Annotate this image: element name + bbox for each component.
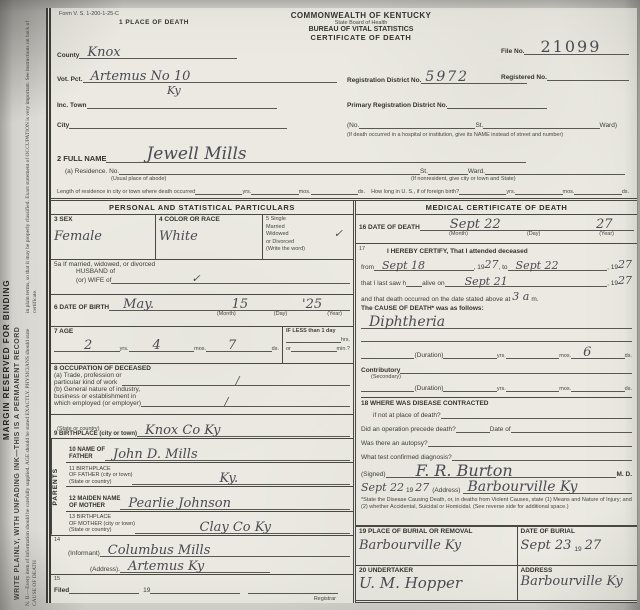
- dob-year-value: '25: [302, 297, 322, 312]
- color-race-cell: 4 COLOR OR RACE White: [156, 215, 263, 259]
- signed-year-value: 27: [415, 481, 429, 494]
- medical-column: MEDICAL CERTIFICATE OF DEATH 16 DATE OF …: [356, 201, 637, 603]
- last-year-value: 27: [618, 274, 632, 287]
- contributory-line: [400, 365, 632, 374]
- birthplace-line: Knox Co Ky: [137, 423, 350, 437]
- file-no-line: 21099: [524, 42, 629, 55]
- vot-pct-label: Vot. Pct.: [57, 76, 83, 83]
- age-ds-label: ds.: [272, 346, 279, 352]
- registration-district-line: 5972: [421, 70, 527, 84]
- father-birthplace-row: 11 BIRTHPLACE OF FATHER (city or town) (…: [66, 463, 353, 487]
- signed-line: F. R. Burton: [386, 465, 617, 478]
- mother-name-label: 12 MAIDEN NAME OF MOTHER: [69, 496, 120, 510]
- father-birthplace-line: Ky.: [132, 471, 350, 485]
- filed-row: 15 Filed 19 Registrar: [51, 575, 353, 603]
- color-race-label: 4 COLOR OR RACE: [159, 216, 259, 223]
- length-residence-label: Length of residence in city or town wher…: [57, 189, 195, 195]
- age-cell: 7 AGE 2 yrs. 4 mos. 7: [51, 327, 283, 363]
- filed-19-label: 19: [143, 587, 150, 594]
- city-line: [69, 120, 287, 129]
- foreign-yrs-label: yrs.: [506, 189, 515, 195]
- cause-label: The CAUSE OF DEATH* was as follows:: [361, 305, 632, 312]
- foreign-ds-line: [574, 186, 621, 195]
- parents-label: PARENTS: [51, 439, 66, 535]
- operation-date-line: [511, 424, 632, 433]
- duration2-mos-label: mos.: [559, 386, 571, 392]
- dod-value: Sept 22: [450, 217, 501, 232]
- certify-number: 17: [359, 246, 365, 252]
- duration2-label: (Duration): [414, 385, 443, 392]
- full-name-row: 2 FULL NAME Jewell Mills: [57, 144, 617, 163]
- burial-row: 19 PLACE OF BURIAL OR REMOVAL Barbourvil…: [356, 525, 637, 566]
- husband-of-label: HUSBAND of: [76, 268, 350, 275]
- sex-color-marital-row: 3 SEX Female 4 COLOR OR RACE White 5 Sin…: [51, 215, 353, 260]
- father-name-value: John D. Mills: [113, 447, 198, 462]
- sex-cell: 3 SEX Female: [51, 215, 156, 259]
- occupation-a-value: /: [236, 374, 240, 387]
- duration-row-1: (Duration) yrs. mos. 6 ds.: [361, 350, 632, 359]
- nonresident-note: (If nonresident, give city or town and S…: [411, 176, 516, 182]
- burial-place-value: Barbourville Ky: [359, 538, 514, 553]
- filed-label: Filed: [54, 587, 69, 594]
- margin-note-line2: in plain terms, so that it may be proper…: [25, 20, 39, 313]
- vot-pct-line: Artemus No 10: [83, 68, 337, 83]
- alive-label: alive on: [422, 280, 444, 287]
- age-mos-label: mos.: [194, 346, 206, 352]
- st-line: [483, 120, 599, 129]
- cause-line: Diphtheria: [361, 312, 632, 329]
- age-label: 7 AGE: [54, 328, 279, 335]
- cause-value: Diphtheria: [369, 314, 445, 330]
- age-ds-line: 7: [206, 337, 272, 352]
- dob-month-value: May.: [123, 297, 154, 312]
- informant-line: Columbus Mills: [100, 542, 350, 557]
- from-value: Sept 18: [382, 259, 425, 272]
- age-yrs-label: yrs.: [120, 346, 129, 352]
- primary-registration-line: [447, 100, 547, 109]
- father-name-label: 10 NAME OF FATHER: [69, 447, 105, 461]
- no-label: (No.: [347, 122, 359, 129]
- burial-year-value: 27: [585, 538, 602, 553]
- dob-label: 6 DATE OF BIRTH: [54, 304, 109, 311]
- parents-block: PARENTS 10 NAME OF FATHER John D. Mills …: [51, 439, 353, 536]
- city-detail-row: (No. St. Ward): [347, 120, 617, 129]
- marital-value: ✓: [334, 227, 343, 240]
- residence-no-line: [119, 166, 420, 175]
- vot-pct-value: Artemus No 10: [91, 69, 191, 84]
- duration2-lead-line: [361, 383, 414, 392]
- certificate-title: CERTIFICATE OF DEATH: [246, 33, 476, 42]
- occupation-row: 8 OCCUPATION OF DECEASED (a) Trade, prof…: [51, 364, 353, 415]
- ward-label: Ward): [600, 122, 617, 129]
- contributory-label: Contributory: [361, 367, 400, 374]
- autopsy-label: Was there an autopsy?: [361, 440, 428, 447]
- death-certificate-scan: MARGIN RESERVED FOR BINDING WRITE PLAINL…: [0, 0, 640, 610]
- husband-wife-row: 5a If married, widowed, or divorced HUSB…: [51, 260, 353, 295]
- dob-year-line: '25: [294, 296, 350, 311]
- date-of-death-row: 16 DATE OF DEATH Sept 22 27 (Month) (Day…: [356, 215, 637, 244]
- from-line: Sept 18: [374, 262, 474, 271]
- signed-value: F. R. Burton: [416, 461, 513, 480]
- burial-place-cell: 19 PLACE OF BURIAL OR REMOVAL Barbourvil…: [356, 527, 518, 565]
- to-value: Sept 22: [516, 259, 559, 272]
- signed-address-label: (Address): [432, 487, 460, 494]
- husband-intro-label: 5a If married, widowed, or divorced: [54, 261, 350, 268]
- primary-registration-label: Primary Registration District No.: [347, 102, 447, 109]
- dob-day-value: 15: [232, 297, 249, 312]
- full-name-label: 2 FULL NAME: [57, 154, 106, 163]
- dod-line: Sept 22: [420, 216, 588, 231]
- registration-district-row: Registration District No. 5972: [347, 70, 527, 84]
- duration2-yrs-line: [443, 383, 496, 392]
- mother-name-value: Pearlie Johnson: [128, 496, 231, 511]
- md-label: M. D.: [616, 471, 632, 478]
- if-less-min-label: min.?: [337, 346, 350, 352]
- foreign-mos-line: [515, 186, 562, 195]
- burial-19-label: 19: [574, 546, 581, 553]
- abode-note: (Usual place of abode): [111, 176, 166, 182]
- undertaker-address-value: Barbourville Ky: [521, 574, 634, 589]
- undertaker-cell: 20 UNDERTAKER U. M. Hopper: [356, 566, 518, 600]
- place-of-death-title: 1 PLACE OF DEATH: [119, 19, 189, 26]
- duration2-yrs-label: yrs.: [497, 386, 506, 392]
- where-contracted-line: [441, 410, 632, 419]
- informant-address-label: (Address).: [90, 566, 120, 573]
- age-row: 7 AGE 2 yrs. 4 mos. 7: [51, 327, 353, 364]
- death-hour-row: and that death occurred on the date stat…: [361, 290, 632, 303]
- residence-ward-line: [485, 166, 625, 175]
- informant-address-line: Artemus Ky: [120, 559, 270, 573]
- birthplace-label: 9 BIRTHPLACE (city or town): [54, 431, 137, 437]
- m-label: m.: [531, 296, 538, 303]
- signed-address-value: Barbourville Ky: [467, 479, 577, 495]
- length-residence-row: Length of residence in city or town wher…: [57, 186, 629, 195]
- file-no-value: 21099: [540, 37, 601, 56]
- last-saw-line: Sept 21: [445, 278, 608, 287]
- duration2-ds-line: [571, 383, 624, 392]
- full-name-line: Jewell Mills: [106, 144, 526, 163]
- duration2-mos-line: [506, 383, 559, 392]
- form-columns: PERSONAL AND STATISTICAL PARTICULARS 3 S…: [51, 198, 637, 603]
- vot-pct-row: Vot. Pct. Artemus No 10: [57, 68, 337, 83]
- age-yrs-line: 2: [54, 337, 120, 352]
- occupation-a-line: /: [122, 377, 350, 386]
- st-label: St.: [475, 122, 483, 129]
- age-mos-line: 4: [129, 337, 195, 352]
- burial-date-label: DATE OF BURIAL: [521, 528, 634, 535]
- burial-place-label: 19 PLACE OF BURIAL OR REMOVAL: [359, 528, 514, 535]
- to-line: Sept 22: [508, 262, 608, 271]
- if-less-hrs-line: [286, 334, 341, 343]
- test-row: What test confirmed diagnosis?: [361, 452, 632, 461]
- length-mos-label: mos.: [299, 189, 311, 195]
- duration1-label: (Duration): [414, 352, 443, 359]
- residence-ward-label: Ward.: [468, 168, 485, 175]
- county-value: Knox: [87, 45, 120, 60]
- length-ds-line: [311, 186, 358, 195]
- medical-title: MEDICAL CERTIFICATE OF DEATH: [356, 201, 637, 215]
- father-name-row: 10 NAME OF FATHER John D. Mills: [66, 439, 353, 463]
- date-of-label: Date of: [490, 426, 511, 433]
- from-19-label: , 19: [474, 264, 485, 271]
- length-yrs-label: yrs.: [242, 189, 251, 195]
- duration2-ds-label: ds.: [625, 386, 632, 392]
- if-less-cell: IF LESS than 1 day hrs. ormin.?: [283, 327, 353, 363]
- mother-birthplace-row: 13 BIRTHPLACE OF MOTHER (city or town) (…: [66, 512, 353, 535]
- duration-row-2: (Duration) yrs. mos. ds.: [361, 383, 632, 392]
- foreign-yrs-line: [459, 186, 506, 195]
- file-no-label: File No.: [501, 48, 524, 55]
- cause-footnote: *State the Disease Causing Death, or, in…: [361, 497, 632, 510]
- birthplace-sub: (State or country): [57, 426, 100, 432]
- date-of-birth-row: 6 DATE OF BIRTH May. 15 '25 (Month): [51, 295, 353, 327]
- registrar-line: [248, 585, 338, 594]
- where-contracted-label: 18 WHERE WAS DISEASE CONTRACTED: [361, 397, 632, 407]
- undertaker-label: 20 UNDERTAKER: [359, 567, 514, 574]
- age-mos-value: 4: [153, 338, 161, 353]
- signed-address-line: Barbourville Ky: [463, 481, 632, 494]
- where-contracted-sub: if not at place of death?: [373, 412, 441, 419]
- sex-label: 3 SEX: [54, 216, 152, 223]
- signed-date-row: Sept 22 19 27 (Address) Barbourville Ky: [361, 481, 632, 494]
- last-19-label: , 19: [607, 280, 618, 287]
- undertaker-value: U. M. Hopper: [359, 574, 514, 592]
- color-race-value: White: [159, 229, 259, 244]
- personal-column: PERSONAL AND STATISTICAL PARTICULARS 3 S…: [51, 201, 356, 603]
- occupation-b-value: /: [225, 395, 229, 408]
- foreign-mos-label: mos.: [563, 189, 575, 195]
- signed-row: (Signed) F. R. Burton M. D.: [361, 465, 632, 478]
- wife-of-value: ✓: [191, 272, 200, 285]
- autopsy-row: Was there an autopsy?: [361, 438, 632, 447]
- form-number: Form V. S. 1-200-1-25-C: [59, 11, 119, 17]
- length-ds-label: ds.: [358, 189, 365, 195]
- duration1-yrs-label: yrs.: [497, 353, 506, 359]
- form-header: Form V. S. 1-200-1-25-C 1 PLACE OF DEATH…: [51, 8, 637, 198]
- duration1-ds-label: ds.: [625, 353, 632, 359]
- autopsy-line: [428, 438, 632, 447]
- father-birthplace-value: Ky.: [219, 471, 238, 486]
- residence-label: (a) Residence. No.: [65, 168, 119, 175]
- filed-number: 15: [54, 576, 60, 582]
- filed-year-line: [150, 585, 240, 594]
- dob-day-line: 15: [202, 296, 294, 311]
- occupation-b-label: (b) General nature of industry, business…: [54, 386, 141, 407]
- dob-month-line: May.: [109, 296, 201, 311]
- mother-birthplace-line: Clay Co Ky: [135, 520, 350, 534]
- undertaker-address-label: ADDRESS: [521, 567, 634, 574]
- signed-19-label: 19: [406, 487, 413, 494]
- informant-row: 14 (Informant) Columbus Mills (Address).…: [51, 536, 353, 575]
- city-row: City: [57, 120, 287, 129]
- file-no-row: File No. 21099: [501, 42, 629, 55]
- duration1-value: 6: [583, 345, 591, 360]
- margin-write-plainly-text: WRITE PLAINLY, WITH UNFADING INK—THIS IS…: [14, 60, 21, 600]
- dod-year-line: 27: [588, 216, 634, 231]
- foreign-ds-label: ds.: [622, 189, 629, 195]
- if-less-hrs-label: hrs.: [341, 337, 350, 343]
- attended-from-row: from Sept 18 , 19 27 , to Sept 22 , 19 2…: [361, 258, 632, 271]
- duration1-mos-label: mos.: [559, 353, 571, 359]
- from-label: from: [361, 264, 374, 271]
- operation-line: [456, 424, 490, 433]
- foreign-label: How long in U. S., if of foreign birth?: [371, 189, 459, 195]
- occupation-b-line: /: [141, 398, 350, 407]
- age-ds-value: 7: [228, 338, 236, 353]
- to-19-label: , 19: [607, 264, 618, 271]
- last-saw-value: Sept 21: [465, 275, 508, 288]
- certify-text: I HEREBY CERTIFY, That I attended deceas…: [387, 248, 632, 255]
- registration-district-label: Registration District No.: [347, 77, 421, 84]
- to-label: , to: [498, 264, 507, 271]
- dod-label: 16 DATE OF DEATH: [359, 224, 420, 231]
- where-contracted-row: if not at place of death?: [361, 410, 632, 419]
- registered-no-line: [547, 72, 629, 81]
- test-line: [452, 452, 632, 461]
- inc-town-line: [87, 100, 278, 109]
- residence-st-label: St.: [420, 168, 428, 175]
- wife-of-label: (or) WIFE of: [76, 277, 111, 284]
- death-at-label: and that death occurred on the date stat…: [361, 296, 510, 303]
- margin-binding-text: MARGIN RESERVED FOR BINDING: [2, 180, 11, 440]
- sex-value: Female: [54, 229, 152, 244]
- inc-town-label: Inc. Town: [57, 102, 87, 109]
- duration1-lead-line: [361, 350, 414, 359]
- occupation-label: 8 OCCUPATION OF DECEASED: [54, 365, 350, 372]
- registration-district-value: 5972: [425, 69, 469, 85]
- if-less-min-line: [291, 343, 337, 352]
- burial-date-value: Sept 23: [521, 538, 572, 553]
- informant-value: Columbus Mills: [108, 543, 211, 558]
- dob-year-caption: (Year): [327, 311, 342, 317]
- test-label: What test confirmed diagnosis?: [361, 454, 452, 461]
- marital-cell: 5 Single Married Widowed or Divorced (Wr…: [263, 215, 353, 259]
- undertaker-address-cell: ADDRESS Barbourville Ky: [518, 566, 637, 600]
- from-year-value: 27: [484, 258, 498, 271]
- cause-extra-line-1: [361, 329, 632, 342]
- personal-title: PERSONAL AND STATISTICAL PARTICULARS: [51, 201, 353, 215]
- duration1-yrs-line: [443, 350, 496, 359]
- full-name-value: Jewell Mills: [146, 144, 246, 164]
- occupation-a-label: (a) Trade, profession or particular kind…: [54, 372, 122, 386]
- age-yrs-value: 2: [84, 338, 92, 353]
- wife-of-line: ✓: [111, 275, 350, 284]
- undertaker-row: 20 UNDERTAKER U. M. Hopper ADDRESS Barbo…: [356, 566, 637, 603]
- hospital-note: (If death occurred in a hospital or inst…: [347, 132, 627, 138]
- mother-name-row: 12 MAIDEN NAME OF MOTHER Pearlie Johnson: [66, 487, 353, 511]
- length-yrs-line: [195, 186, 242, 195]
- duration1-ds-line: 6: [571, 350, 624, 359]
- dod-year-value: 27: [596, 217, 613, 232]
- length-mos-line: [251, 186, 298, 195]
- dod-day-caption: (Day): [527, 231, 540, 237]
- certificate-form: Form V. S. 1-200-1-25-C 1 PLACE OF DEATH…: [46, 8, 638, 603]
- secondary-label: (Secondary): [371, 374, 632, 380]
- father-name-line: John D. Mills: [105, 446, 350, 461]
- certify-block: 17 I HEREBY CERTIFY, That I attended dec…: [356, 244, 637, 525]
- registrar-label: Registrar: [54, 596, 350, 602]
- to-year-value: 27: [618, 258, 632, 271]
- commonwealth-title: COMMONWEALTH OF KENTUCKY: [246, 11, 476, 20]
- county-line: Knox: [79, 44, 237, 59]
- filed-date-line: [69, 585, 139, 594]
- contributory-row: Contributory: [361, 365, 632, 374]
- operation-row: Did an operation precede death? Date of: [361, 424, 632, 433]
- county-label: County: [57, 52, 79, 59]
- city-label: City: [57, 122, 69, 129]
- death-time-value: 3 a: [512, 290, 529, 303]
- informant-number: 14: [54, 537, 60, 543]
- last-saw-label: that I last saw h: [361, 280, 406, 287]
- duration1-mos-line: [506, 350, 559, 359]
- header-center: COMMONWEALTH OF KENTUCKY State Board of …: [246, 11, 476, 42]
- informant-label: (Informant): [68, 550, 100, 557]
- informant-address-value: Artemus Ky: [128, 559, 204, 574]
- vot-pct-value2: Ky: [167, 84, 181, 97]
- last-saw-row: that I last saw h alive on Sept 21 , 19 …: [361, 274, 632, 287]
- mother-birthplace-label: 13 BIRTHPLACE OF MOTHER (city or town) (…: [69, 514, 135, 534]
- dob-day-caption: (Day): [274, 311, 287, 317]
- birthplace-value: Knox Co Ky: [145, 423, 221, 438]
- residence-st-line: [428, 166, 468, 175]
- inc-town-row: Inc. Town: [57, 100, 277, 109]
- mother-birthplace-value: Clay Co Ky: [200, 520, 271, 535]
- signed-label: (Signed): [361, 471, 386, 478]
- last-saw-gender-line: [406, 278, 422, 287]
- margin-note-text: N. B.—Every item of information should b…: [25, 20, 39, 606]
- burial-date-cell: DATE OF BURIAL Sept 23 19 27: [518, 527, 637, 565]
- operation-label: Did an operation precede death?: [361, 426, 456, 433]
- primary-registration-row: Primary Registration District No.: [347, 100, 547, 109]
- no-line: [359, 120, 475, 129]
- signed-date-value: Sept 22: [361, 481, 404, 494]
- county-row: County Knox: [57, 44, 237, 59]
- margin-note-line1: N. B.—Every item of information should b…: [25, 313, 39, 606]
- father-birthplace-label: 11 BIRTHPLACE OF FATHER (city or town) (…: [69, 466, 132, 486]
- bureau-subtitle: BUREAU OF VITAL STATISTICS: [246, 26, 476, 33]
- mother-name-line: Pearlie Johnson: [120, 495, 350, 510]
- residence-row: (a) Residence. No. St. Ward.: [65, 166, 625, 175]
